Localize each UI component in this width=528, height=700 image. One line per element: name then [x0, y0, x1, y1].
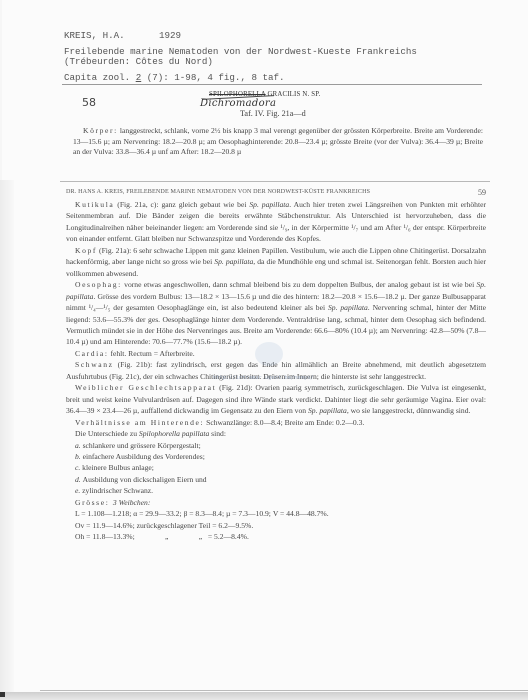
- measurement-line: L = 1.108—1.218; α = 29.9—33.2; β = 8.3—…: [66, 508, 486, 519]
- section-label: Weiblicher Geschlechtsapparat: [75, 383, 216, 392]
- item-letter: a.: [75, 441, 83, 450]
- running-head-text: DR. HANS A. KREIS, FREILEBENDE MARINE NE…: [66, 189, 370, 195]
- page59-body: Kutikula (Fig. 21a, c): ganz gleich geba…: [66, 199, 486, 543]
- intro-text: Die Unterschiede zu: [75, 429, 139, 438]
- section-label: Körper:: [83, 126, 118, 135]
- section-paragraph: Kopf (Fig. 21a): 6 sehr schwache Lippen …: [66, 245, 486, 279]
- handwritten-genus: Dichromadora: [200, 98, 276, 109]
- difference-item: c. kleinere Bulbus anlage;: [66, 462, 486, 473]
- section-paragraph: Oesophag: vorne etwas angeschwollen, dan…: [66, 279, 486, 348]
- page-number-58: 58: [82, 96, 96, 109]
- page-bottom-edge-line: [40, 690, 528, 691]
- size-label: Grösse:: [75, 498, 113, 507]
- species-name: Spilophorella papillata: [139, 429, 209, 438]
- intro-text: sind:: [209, 429, 226, 438]
- item-text: schlankere und grössere Körpergestalt;: [83, 441, 201, 450]
- card-title-line2: (Trébeurden: Côtes du Nord): [64, 57, 213, 67]
- koerper-paragraph: Körper: langgestreckt, schlank, vorne 2½…: [73, 126, 483, 158]
- section-text: Schwanzlänge: 8.0—8.4; Breite am Ende: 0…: [204, 418, 364, 427]
- difference-item: d. Ausbildung von dickschaligen Eiern un…: [66, 474, 486, 485]
- species-name: Sp. papillata: [328, 303, 368, 312]
- section-label: Schwanz: [75, 360, 114, 369]
- item-letter: d.: [75, 475, 83, 484]
- cite-pages: (7): 1-98, 4 fig., 8 taf.: [141, 72, 284, 83]
- card-divider: [62, 84, 482, 85]
- running-head: DR. HANS A. KREIS, FREILEBENDE MARINE NE…: [66, 189, 486, 195]
- section-text: vorne etwas angeschwollen, dann schmal b…: [122, 280, 477, 289]
- section-text: fehlt. Rectum = Afterbreite.: [109, 349, 195, 358]
- item-text: Ausbildung von dickschaligen Eiern und: [83, 475, 207, 484]
- page58-body: Körper: langgestreckt, schlank, vorne 2½…: [73, 126, 483, 158]
- section-text: , wo sie langgestreckt, dünnwandig sind.: [347, 406, 471, 415]
- species-name: Sp. papillata: [214, 257, 253, 266]
- section-text: (Fig. 21a, c): ganz gleich gebaut wie be…: [114, 200, 249, 209]
- card-citation: Capita zool. 2 (7): 1-98, 4 fig., 8 taf.: [64, 73, 285, 83]
- species-name: Sp. papillata: [249, 200, 289, 209]
- section-paragraph: Verhältnisse am Hinterende: Schwanzlänge…: [66, 417, 486, 428]
- watermark-url: http://intramar.ugent.be/nemys/: [213, 375, 314, 381]
- section-label: Cardia:: [75, 349, 109, 358]
- difference-item: b. einfachere Ausbildung des Vorderendes…: [66, 451, 486, 462]
- size-heading: Grösse: 3 Weibchen:: [66, 497, 486, 508]
- section-paragraph: Weiblicher Geschlechtsapparat (Fig. 21d)…: [66, 382, 486, 416]
- section-paragraph: Kutikula (Fig. 21a, c): ganz gleich geba…: [66, 199, 486, 245]
- page-fold-shadow: [0, 180, 14, 692]
- scan-bottom-edge: [0, 692, 528, 700]
- page-divider: [60, 181, 490, 182]
- measurement-line: Ov = 11.9—14.6%; zurückgeschlagener Teil…: [66, 520, 486, 531]
- item-text: zylindrischer Schwanz.: [82, 486, 153, 495]
- card-author: KREIS, H.A.: [64, 31, 125, 41]
- species-name: Sp. papillata: [308, 406, 347, 415]
- measurement-line: Oh = 11.8—13.3%; „ „ = 5.2—8.4%.: [66, 531, 486, 542]
- stamp-mark: [255, 342, 283, 366]
- difference-item: a. schlankere und grössere Körpergestalt…: [66, 440, 486, 451]
- section-text: langgestreckt, schlank, vorne 2½ bis kna…: [73, 126, 483, 156]
- section-label: Oesophag:: [75, 280, 122, 289]
- item-letter: b.: [75, 452, 83, 461]
- difference-item: e. zylindrischer Schwanz.: [66, 485, 486, 496]
- plate-reference: Taf. IV. Fig. 21a—d: [240, 109, 306, 118]
- item-text: einfachere Ausbildung des Vorderendes;: [83, 452, 205, 461]
- scan-corner-mark: [0, 692, 5, 697]
- size-sample: 3 Weibchen:: [113, 498, 150, 507]
- section-label: Verhältnisse am Hinterende:: [75, 418, 204, 427]
- cite-journal: Capita zool.: [64, 72, 136, 83]
- differences-intro: Die Unterschiede zu Spilophorella papill…: [66, 428, 486, 439]
- card-year: 1929: [159, 31, 181, 41]
- item-text: kleinere Bulbus anlage;: [82, 463, 154, 472]
- page-number-59: 59: [478, 188, 486, 197]
- section-label: Kutikula: [75, 200, 114, 209]
- section-label: Kopf: [75, 246, 97, 255]
